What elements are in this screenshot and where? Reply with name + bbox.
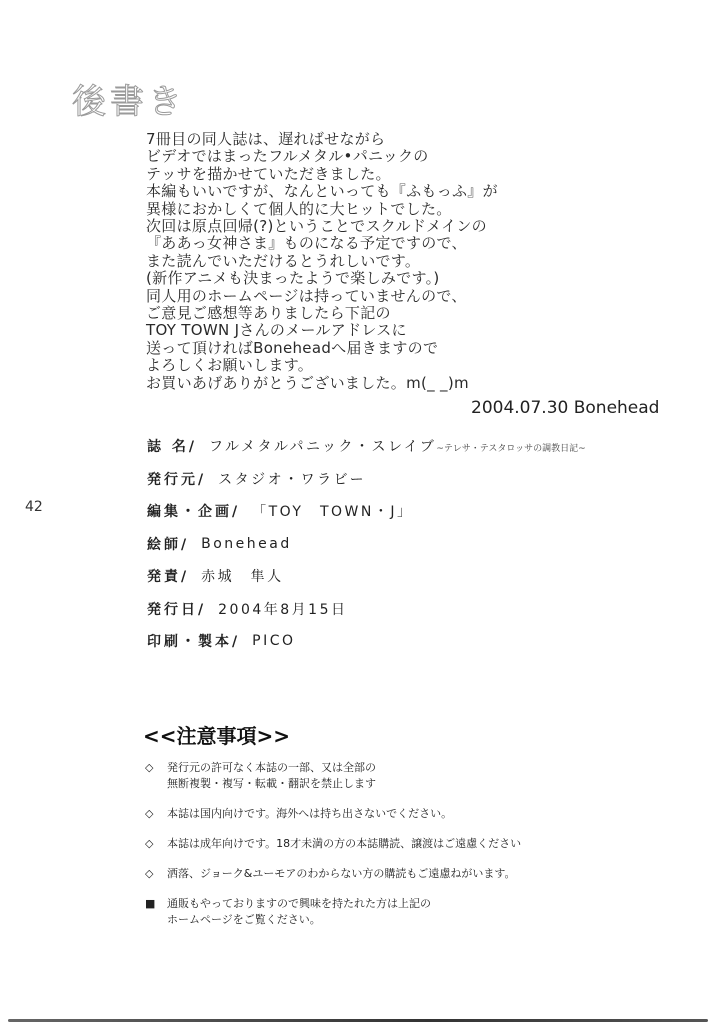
square-bullet-icon: ■ xyxy=(145,896,167,928)
notes-heading: <<注意事項>> xyxy=(143,720,290,749)
note-line: 無断複製・複写・転載・翻訳を禁止します xyxy=(167,776,376,792)
note-item: ◇ 発行元の許可なく本誌の一部、又は全部の 無断複製・複写・転載・翻訳を禁止しま… xyxy=(145,760,565,792)
afterword-line: 送って頂ければBoneheadへ届きますので xyxy=(146,340,566,357)
colophon-row-publisher: 発行元/ スタジオ・ワラビー xyxy=(147,463,647,496)
colophon-label: 発行日/ xyxy=(147,599,206,619)
note-text: 洒落、ジョーク&ユーモアのわからない方の購読もご遠慮ねがいます。 xyxy=(167,866,515,882)
afterword-line: 同人用のホームページは持っていませんので、 xyxy=(146,288,566,305)
note-text: 発行元の許可なく本誌の一部、又は全部の 無断複製・複写・転載・翻訳を禁止します xyxy=(167,760,376,792)
note-text: 本誌は国内向けです。海外へは持ち出さないでください。 xyxy=(167,806,452,822)
title-subtitle: ~テレサ・テスタロッサの調教日記~ xyxy=(436,444,585,454)
afterword-line: また読んでいただけるとうれしいです。 xyxy=(146,253,566,270)
colophon-row-title: 誌 名/ フルメタルパニック・スレイブ~テレサ・テスタロッサの調教日記~ xyxy=(147,430,647,463)
signature-date: 2004.07.30 Bonehead xyxy=(471,398,659,418)
afterword-line: 異様におかしくて個人的に大ヒットでした。 xyxy=(146,201,566,218)
colophon-value: スタジオ・ワラビー xyxy=(218,469,366,489)
note-line: 洒落、ジョーク&ユーモアのわからない方の購読もご遠慮ねがいます。 xyxy=(167,866,515,882)
afterword-line: 『ああっ女神さま』ものになる予定ですので、 xyxy=(146,235,566,252)
diamond-bullet-icon: ◇ xyxy=(145,836,167,852)
note-item: ◇ 本誌は国内向けです。海外へは持ち出さないでください。 xyxy=(145,806,565,822)
afterword-line: (新作アニメも決まったようで楽しみです。) xyxy=(146,270,566,287)
colophon-row-printer: 印刷・製本/ PICO xyxy=(147,625,647,658)
afterword-line: 次回は原点回帰(?)ということでスクルドメインの xyxy=(146,218,566,235)
note-line: ホームページをご覧ください。 xyxy=(167,912,431,928)
colophon-value: 「TOY TOWN・J」 xyxy=(252,501,413,521)
afterword-line: テッサを描かせていただきました。 xyxy=(146,166,566,183)
afterword-line: ご意見ご感想等ありましたら下記の xyxy=(146,305,566,322)
colophon-value: 2004年8月15日 xyxy=(218,599,347,619)
colophon-value: フルメタルパニック・スレイブ~テレサ・テスタロッサの調教日記~ xyxy=(209,436,586,456)
note-item: ◇ 洒落、ジョーク&ユーモアのわからない方の購読もご遠慮ねがいます。 xyxy=(145,866,565,882)
colophon-label: 発責/ xyxy=(147,566,189,586)
page-number: 42 xyxy=(25,499,43,515)
colophon: 誌 名/ フルメタルパニック・スレイブ~テレサ・テスタロッサの調教日記~ 発行元… xyxy=(147,430,647,658)
afterword-line: ビデオではまったフルメタル•パニックの xyxy=(146,148,566,165)
afterword-line: TOY TOWN Jさんのメールアドレスに xyxy=(146,322,566,339)
note-item: ◇ 本誌は成年向けです。18才未満の方の本誌購読、譲渡はご遠慮ください xyxy=(145,836,565,852)
notes-list: ◇ 発行元の許可なく本誌の一部、又は全部の 無断複製・複写・転載・翻訳を禁止しま… xyxy=(145,760,565,942)
colophon-row-editor: 編集・企画/ 「TOY TOWN・J」 xyxy=(147,495,647,528)
colophon-value: PICO xyxy=(252,633,295,649)
afterword-line: 7冊目の同人誌は、遅ればせながら xyxy=(146,131,566,148)
colophon-label: 誌 名/ xyxy=(147,436,197,456)
note-text: 通販もやっておりますので興味を持たれた方は上記の ホームページをご覧ください。 xyxy=(167,896,431,928)
diamond-bullet-icon: ◇ xyxy=(145,866,167,882)
colophon-value: 赤城 隼人 xyxy=(201,566,284,586)
note-line: 発行元の許可なく本誌の一部、又は全部の xyxy=(167,760,376,776)
bottom-divider xyxy=(8,1019,708,1022)
diamond-bullet-icon: ◇ xyxy=(145,806,167,822)
note-text: 本誌は成年向けです。18才未満の方の本誌購読、譲渡はご遠慮ください xyxy=(167,836,521,852)
colophon-row-artist: 絵師/ Bonehead xyxy=(147,528,647,561)
diamond-bullet-icon: ◇ xyxy=(145,760,167,792)
colophon-value: Bonehead xyxy=(201,536,292,552)
colophon-label: 印刷・製本/ xyxy=(147,631,240,651)
note-line: 本誌は成年向けです。18才未満の方の本誌購読、譲渡はご遠慮ください xyxy=(167,836,521,852)
title-value: フルメタルパニック・スレイブ xyxy=(209,439,436,455)
page-title: 後書き xyxy=(72,74,186,123)
colophon-row-date: 発行日/ 2004年8月15日 xyxy=(147,593,647,626)
colophon-label: 発行元/ xyxy=(147,469,206,489)
afterword-line: 本編もいいですが、なんといっても『ふもっふ』が xyxy=(146,183,566,200)
note-line: 通販もやっておりますので興味を持たれた方は上記の xyxy=(167,896,431,912)
afterword-line: よろしくお願いします。 xyxy=(146,357,566,374)
colophon-label: 絵師/ xyxy=(147,534,189,554)
colophon-label: 編集・企画/ xyxy=(147,501,240,521)
note-item: ■ 通販もやっておりますので興味を持たれた方は上記の ホームページをご覧ください… xyxy=(145,896,565,928)
note-line: 本誌は国内向けです。海外へは持ち出さないでください。 xyxy=(167,806,452,822)
afterword-text: 7冊目の同人誌は、遅ればせながら ビデオではまったフルメタル•パニックの テッサ… xyxy=(146,131,566,392)
afterword-line: お買いあげありがとうございました。m(_ _)m xyxy=(146,375,566,392)
colophon-row-responsible: 発責/ 赤城 隼人 xyxy=(147,560,647,593)
